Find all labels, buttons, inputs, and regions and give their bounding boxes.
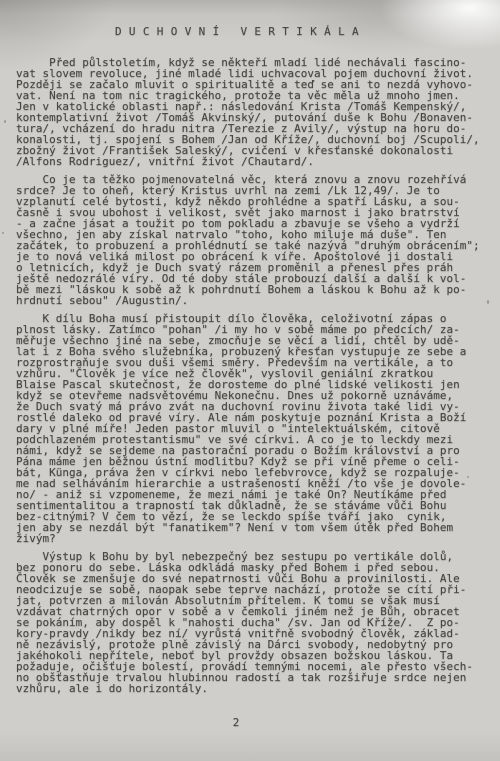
paragraph-2: Co je ta těžko pojmenovatelná věc, která… [16, 174, 500, 306]
document-title: D U C H O V N Í V E R T I K Á L A [0, 25, 474, 38]
scan-speck [2, 232, 4, 234]
paragraph-1: Před půlstoletím, když se někteří mladí … [16, 57, 500, 167]
scan-speck [467, 476, 469, 478]
scanned-document-page: D U C H O V N Í V E R T I K Á L A Před p… [0, 0, 500, 761]
document-body: Před půlstoletím, když se někteří mladí … [16, 57, 500, 701]
scan-speck [487, 300, 489, 304]
page-number: 2 [0, 716, 472, 729]
paragraph-3: K dílu Boha musí přistoupit dílo člověka… [16, 313, 500, 544]
scan-speck [4, 120, 6, 123]
paragraph-4: Výstup k Bohu by byl nebezpečný bez sest… [16, 551, 500, 694]
